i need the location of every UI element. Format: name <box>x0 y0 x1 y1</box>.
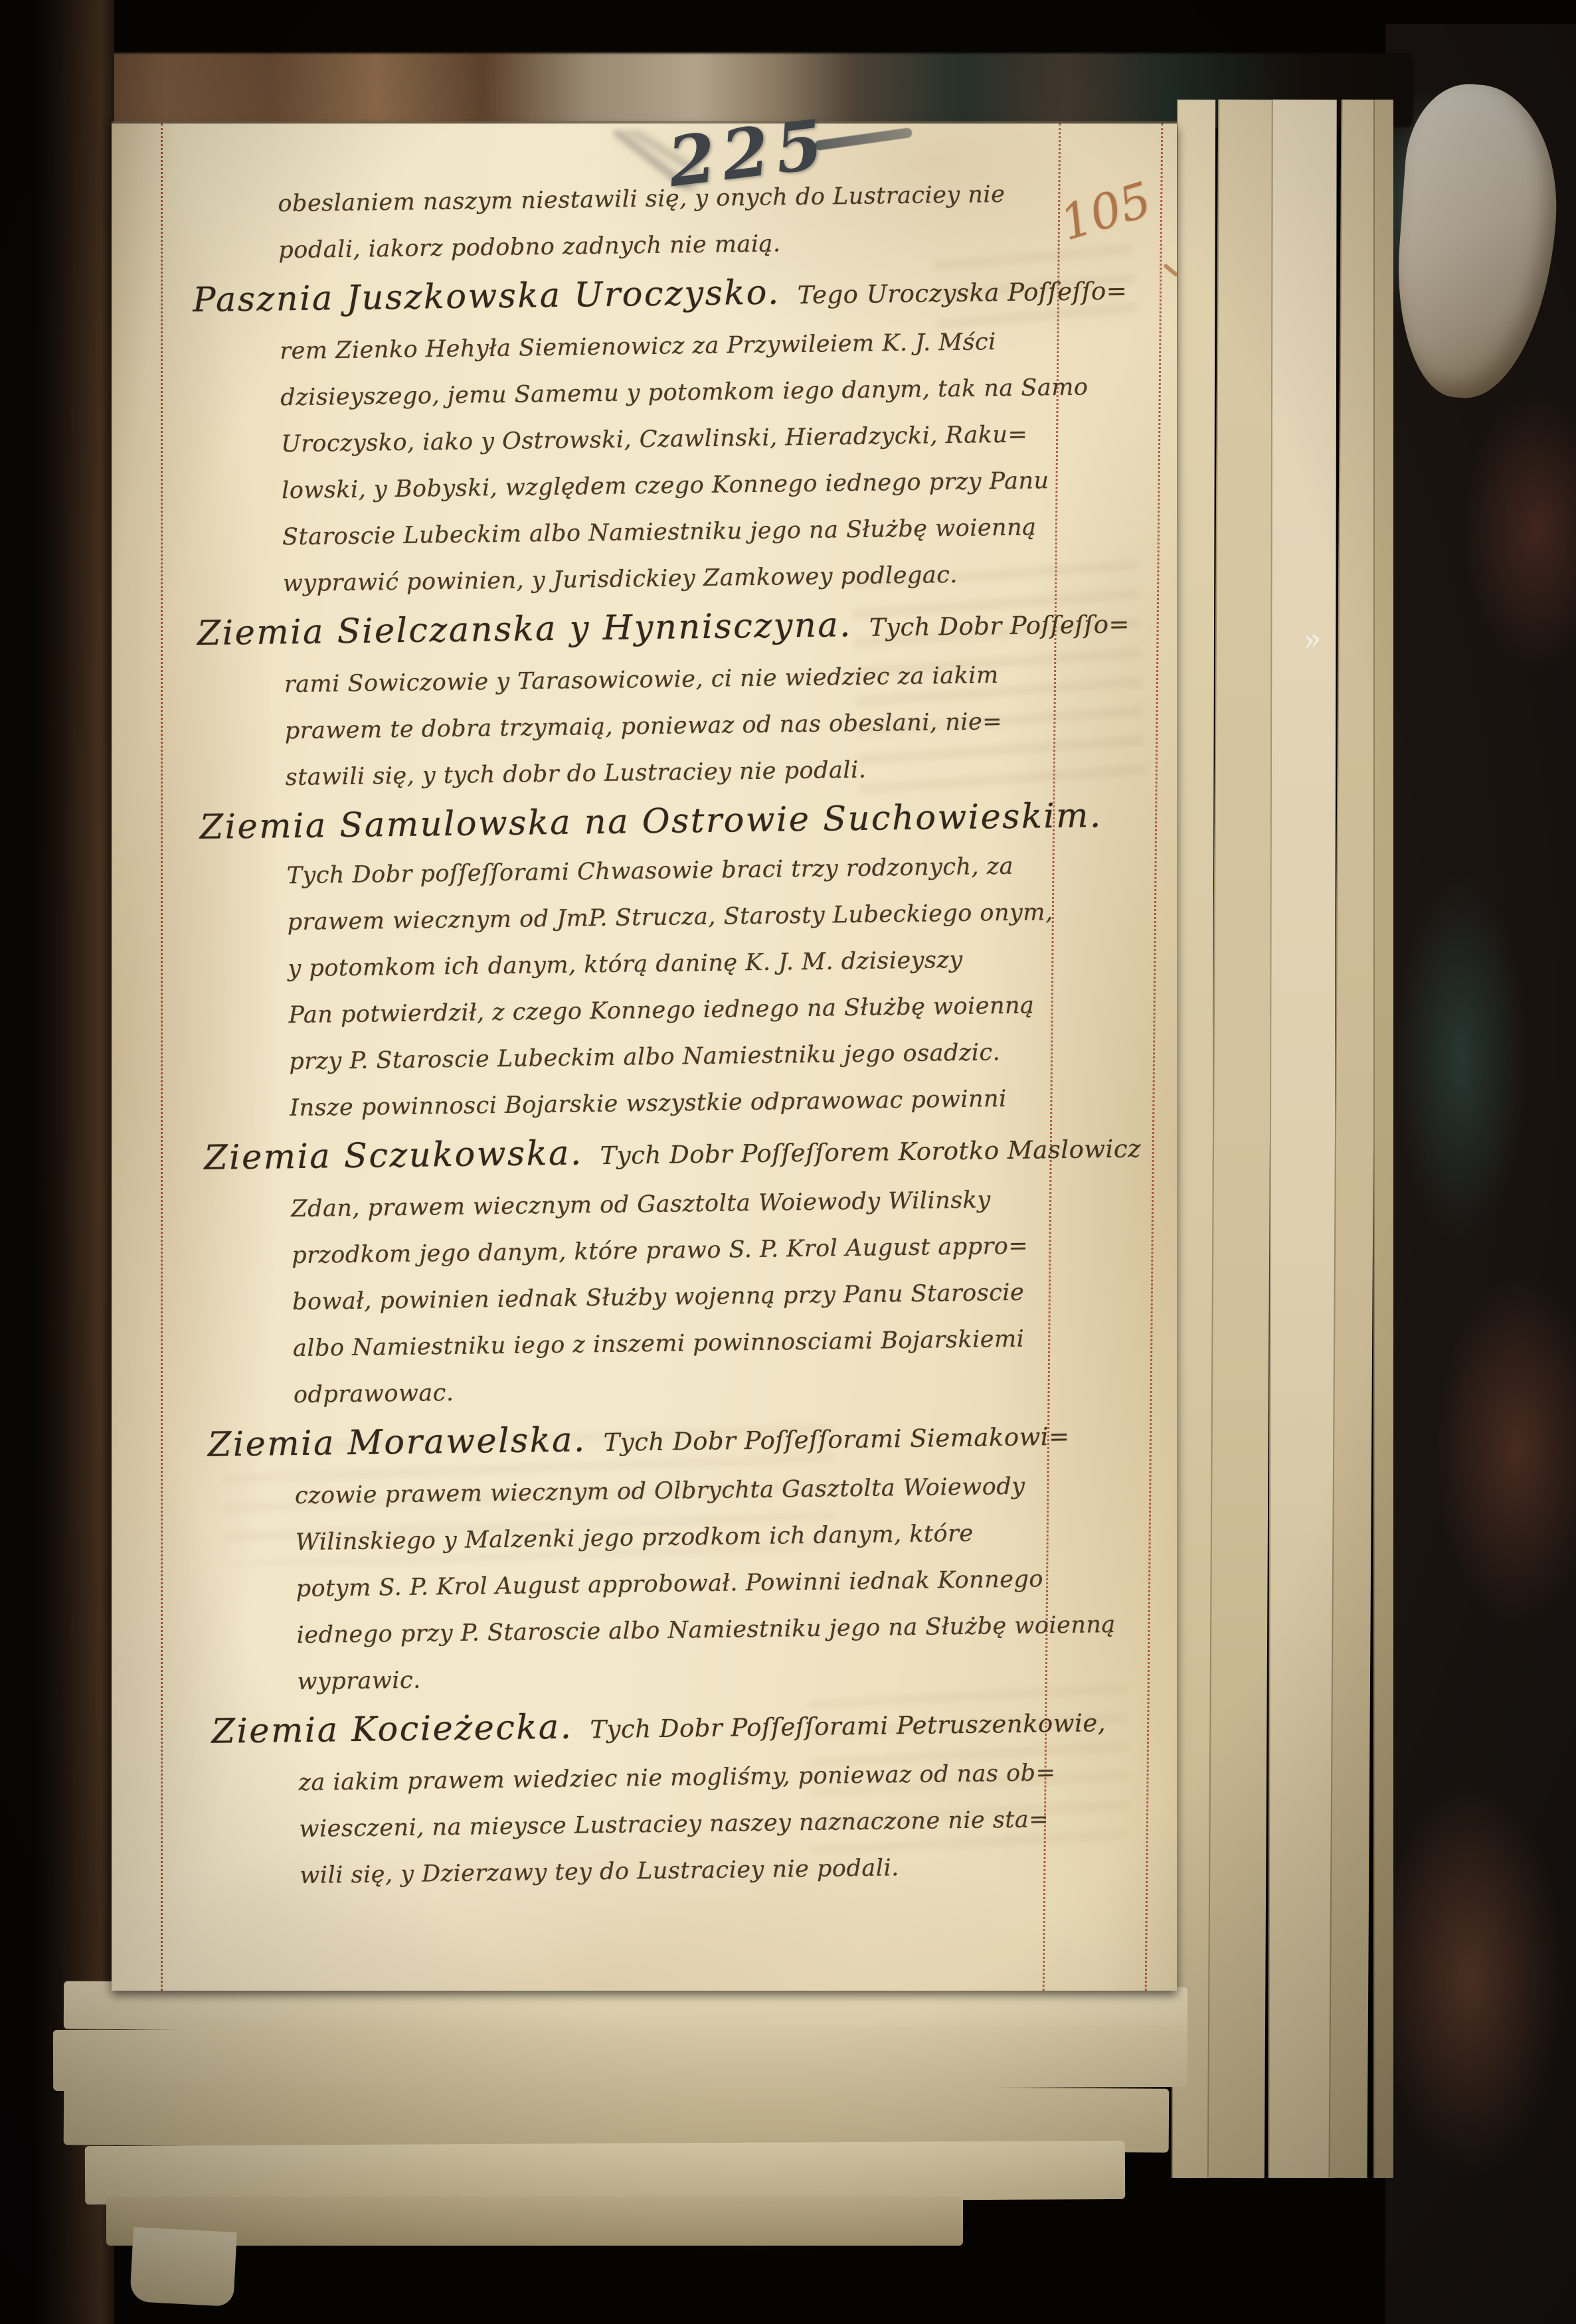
manuscript-section: Ziemia Kocieżecka. Tych Dobr Poſſeſſoram… <box>211 1694 1170 1900</box>
manuscript-section: Ziemia Morawelska. Tych Dobr Poſſeſſoram… <box>207 1407 1168 1706</box>
section-heading-text: Ziemia Sielczanska y Hynnisczyna. <box>197 600 852 660</box>
page-edge <box>1373 100 1393 2178</box>
section-heading-text: Ziemia Morawelska. <box>207 1414 586 1471</box>
section-heading-runon: Tych Dobr Poſſeſſorem Korotko Maslowicz <box>600 1123 1141 1182</box>
manuscript-section: Pasznia Juszkowska Uroczysko. Tego Urocz… <box>193 262 1153 608</box>
page-stack-right <box>1174 100 1393 2178</box>
page-edge <box>53 2026 1187 2091</box>
manuscript-text: obeslaniem naszym niestawili się, y onyc… <box>191 169 1170 1900</box>
manuscript-section: Ziemia Sczukowska. Tych Dobr Poſſeſſorem… <box>204 1120 1164 1420</box>
section-heading-text: Pasznia Juszkowska Uroczysko. <box>193 267 780 327</box>
page-edge <box>1268 100 1336 2178</box>
section-heading-text: Ziemia Kocieżecka. <box>211 1702 573 1758</box>
folio-ink-tick <box>1163 263 1179 277</box>
photo-backdrop: » 225 105 obeslaniem naszym niestawili s… <box>0 0 1576 2324</box>
book-spine-left <box>0 0 114 2324</box>
page-edge <box>85 2141 1125 2204</box>
left-margin-rule <box>161 124 163 1991</box>
page-edge <box>1328 100 1379 2178</box>
section-heading-runon: Tych Dobr Poſſeſſo= <box>869 599 1130 654</box>
manuscript-page: 225 105 obeslaniem naszym niestawili się… <box>112 124 1177 1991</box>
manuscript-section: Ziemia Samulowska na Ostrowie Suchowiesk… <box>199 789 1160 1133</box>
section-heading-runon: Tych Dobr Poſſeſſorami Siemakowi= <box>603 1411 1070 1469</box>
section-heading-runon: Tego Uroczyska Poſſeſſo= <box>797 266 1128 321</box>
section-heading-text: Ziemia Sczukowska. <box>204 1127 583 1184</box>
page-edge <box>1207 100 1275 2178</box>
page-edge-tab <box>130 2227 237 2307</box>
manuscript-section: Ziemia Sielczanska y Hynnisczyna. Tych D… <box>197 596 1156 802</box>
section-heading-runon: Tych Dobr Poſſeſſorami Petruszenkowie, <box>590 1697 1106 1756</box>
